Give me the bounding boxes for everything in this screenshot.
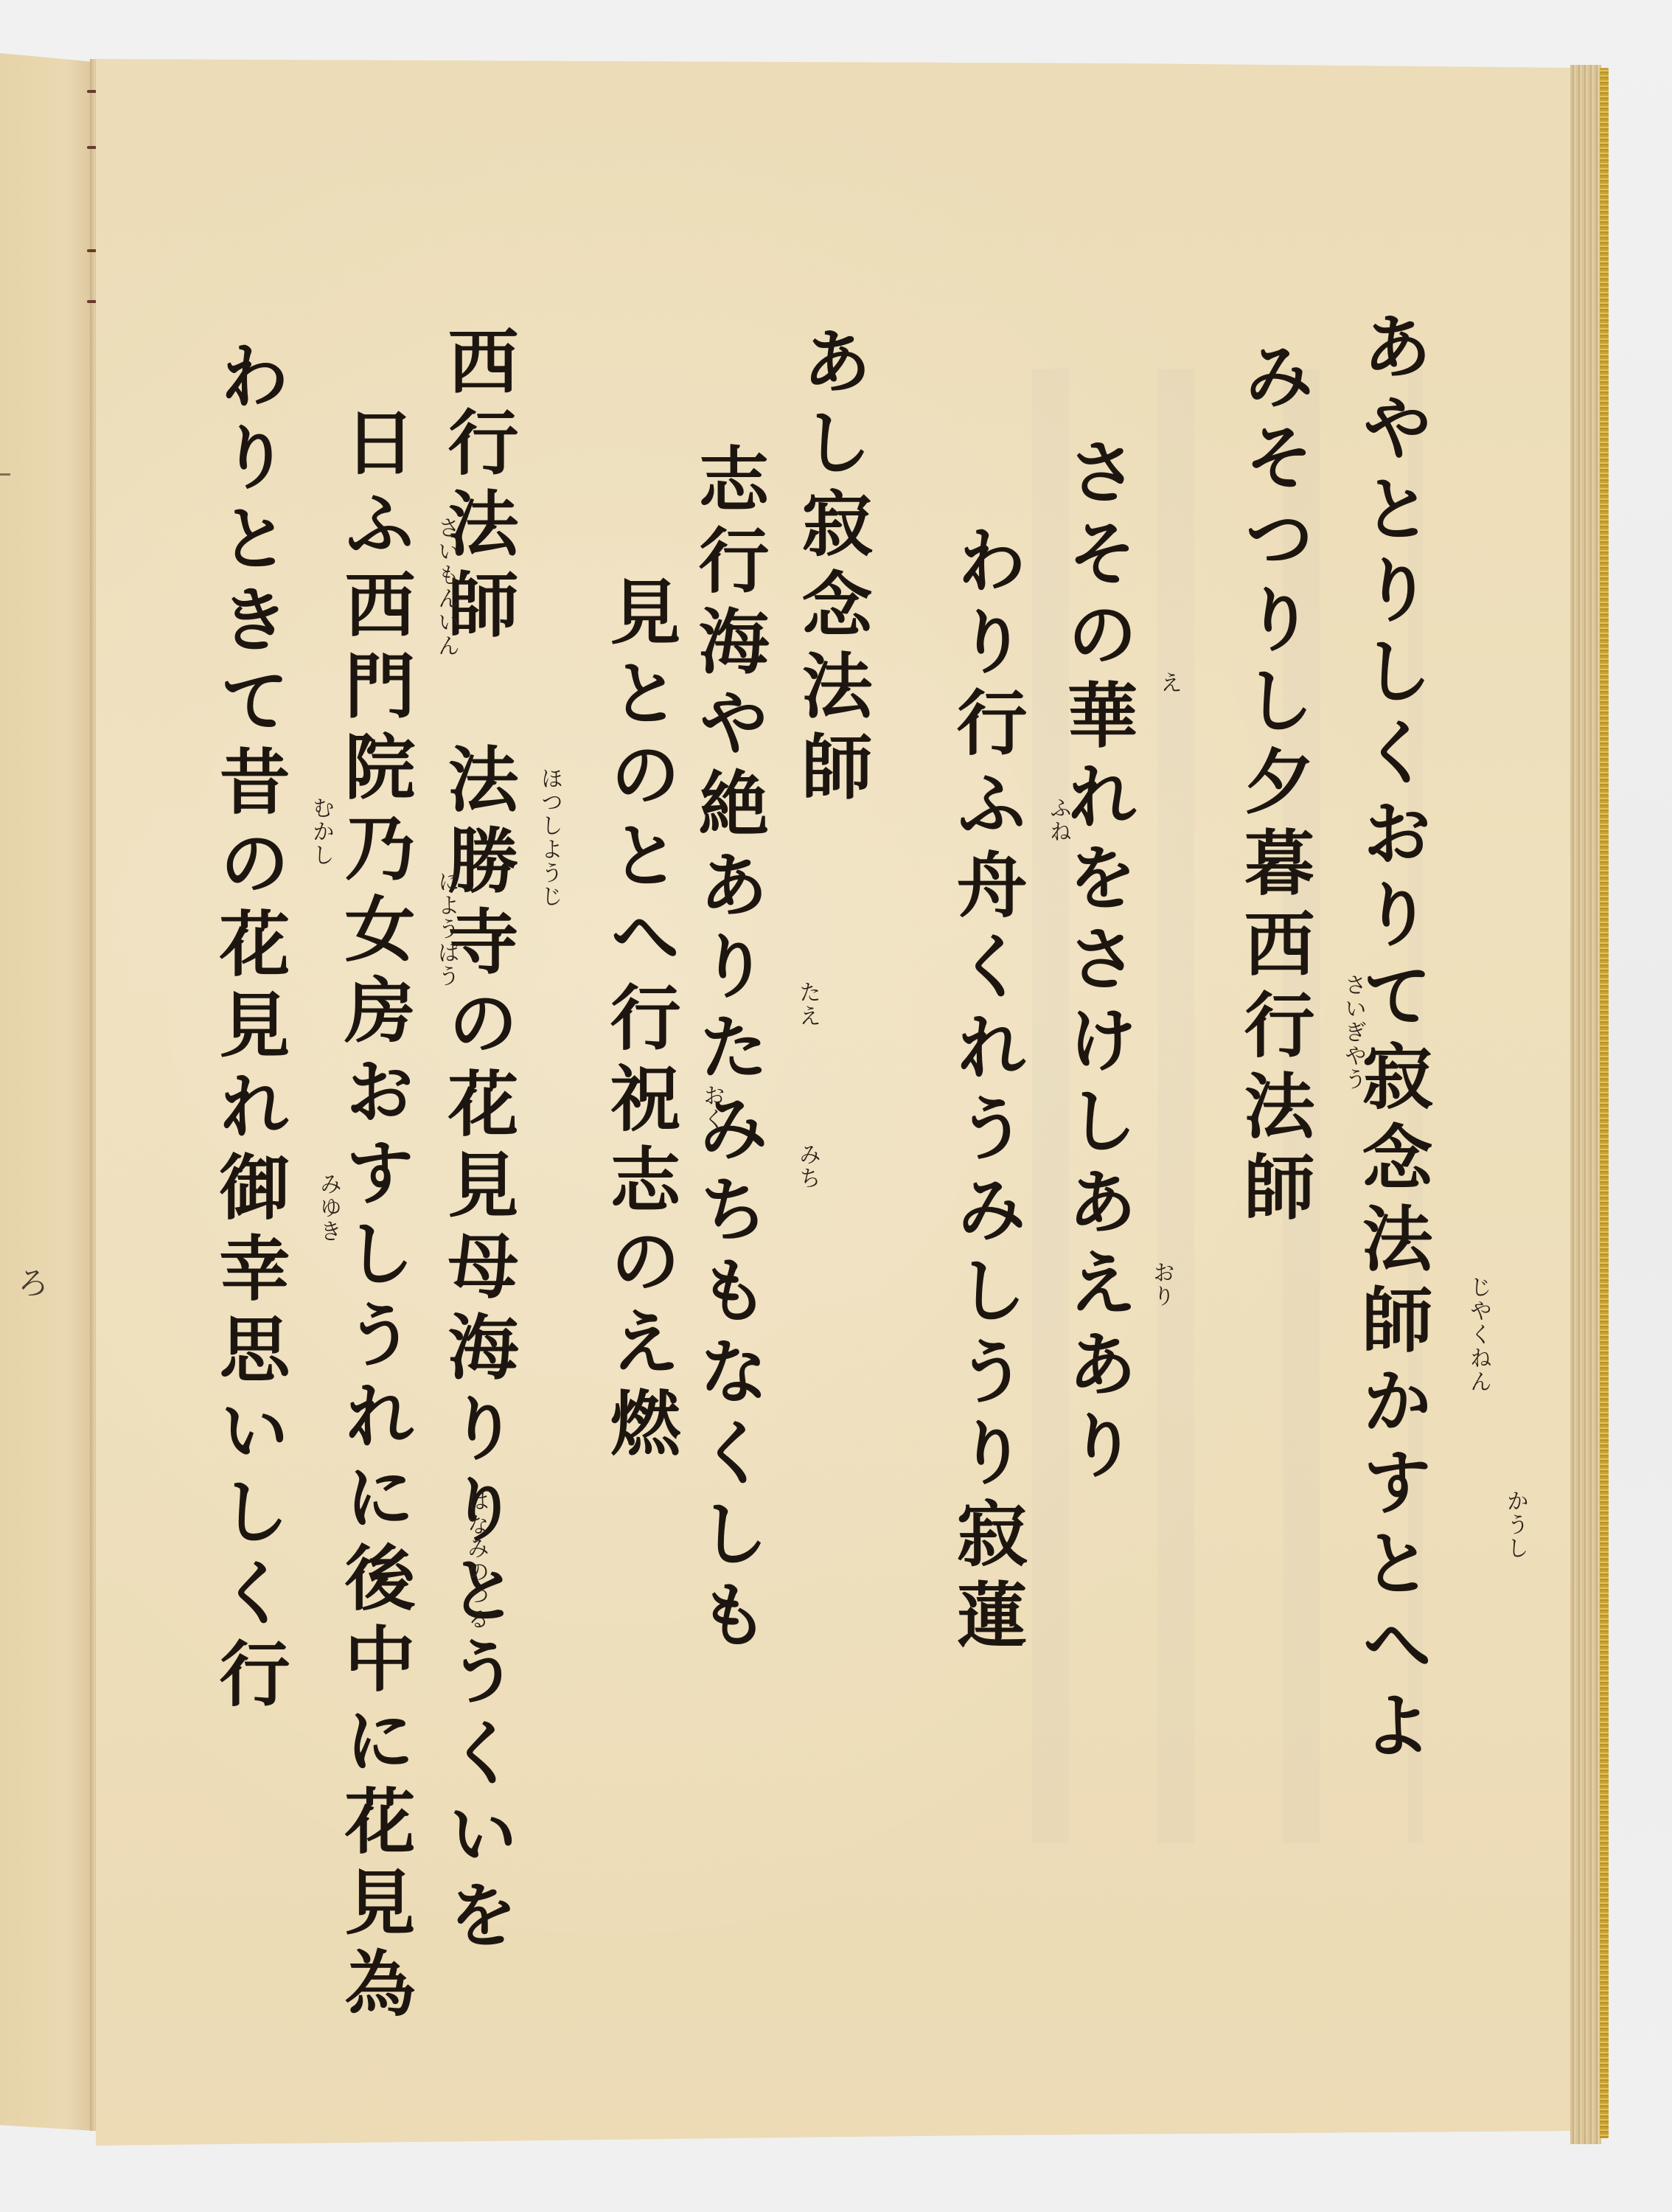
page-fore-edge	[1570, 65, 1601, 2144]
ruby-e: え	[1157, 671, 1180, 695]
ruby-ori: おり	[1150, 1261, 1172, 1308]
left-page-ink-mark	[0, 473, 10, 476]
ruby-miyuki: みゆき	[317, 1172, 339, 1243]
ruby-fune: ふね	[1047, 796, 1069, 844]
text-column-9: 日ふ西門院乃女房おすしうれに後中に花見為	[339, 406, 410, 2028]
ruby-hanami: はなみのつる	[464, 1489, 487, 1631]
text-column-3: さその華れをさけしあえあり	[1062, 435, 1132, 1489]
text-column-2: みそつりし夕暮西行法師	[1239, 339, 1309, 1231]
ruby-saimonin: さいもんいん	[435, 516, 457, 658]
ruby-houshi: かうし	[1504, 1489, 1526, 1560]
text-column-7: 見とのとへ行祝志のえ燃	[605, 575, 675, 1467]
gilt-edge	[1600, 68, 1609, 2138]
left-page-character: ろ	[6, 1266, 53, 1298]
left-facing-page: ろ	[0, 53, 94, 2131]
ruby-mukashi: むかし	[310, 796, 332, 867]
calligraphy-text-block: あやとりしくおりて寂念法師かすとへよ じやくねん かうし みそつりし夕暮西行法師…	[192, 310, 1563, 2079]
text-column-1: あやとりしくおりて寂念法師かすとへよ	[1356, 310, 1427, 1770]
ruby-tae: たえ	[796, 981, 818, 1028]
ruby-hosshouji: ほつしようじ	[538, 767, 560, 908]
ruby-nyoubou: にようばう	[435, 870, 457, 988]
ruby-oku: おく	[700, 1084, 722, 1131]
text-column-10: わりときて昔の花見れ御幸思いしく行	[214, 339, 285, 1718]
text-column-5: あし寂念法師	[796, 324, 867, 811]
ruby-saigyou: さいぎやう	[1342, 973, 1364, 1091]
text-column-6: 志行海や絶ありたみちもなくしも	[693, 442, 764, 1659]
ruby-jakunen: じやくねん	[1467, 1276, 1489, 1394]
text-column-4: わり行ふ舟くれうみしうり寂蓮	[951, 524, 1022, 1659]
ruby-michi: みち	[796, 1143, 818, 1190]
